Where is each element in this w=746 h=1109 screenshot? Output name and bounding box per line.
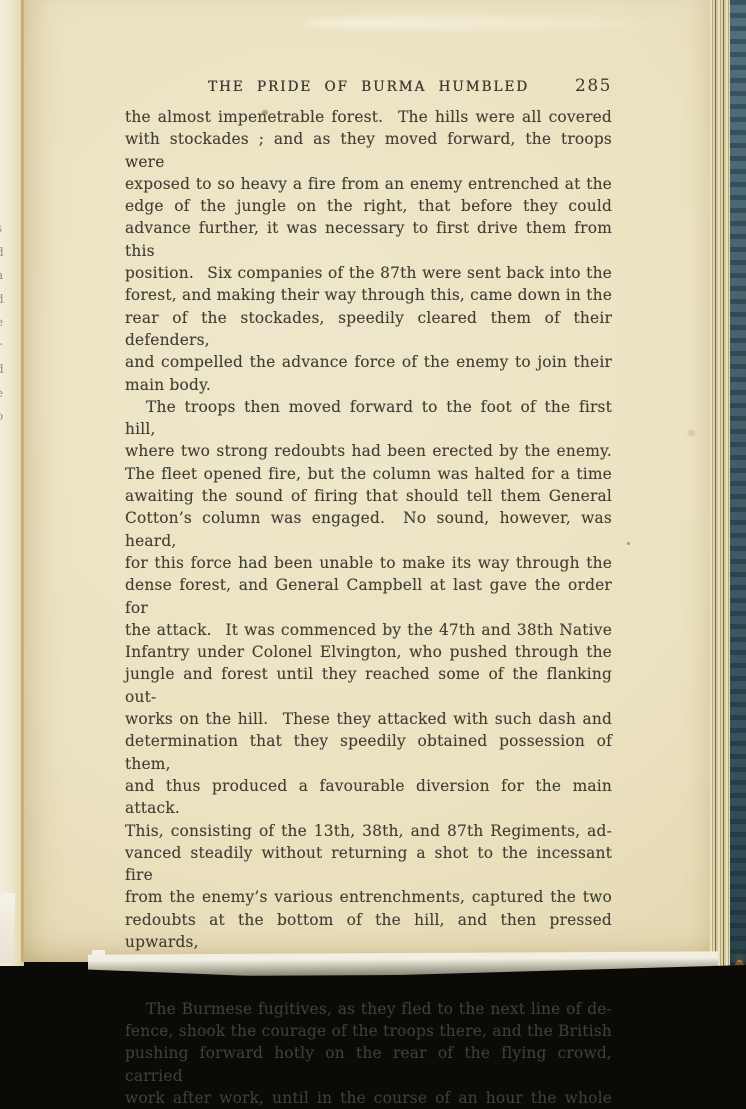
text-line: edge of the jungle on the right, that be… (125, 195, 612, 217)
gutter-fragment: a (0, 269, 7, 281)
text-line: with stockades ; and as they moved forwa… (125, 128, 612, 173)
gutter-fragment: d (0, 363, 7, 375)
text-line: awaiting the sound of firing that should… (125, 485, 612, 507)
running-header: THE PRIDE OF BURMA HUMBLED (208, 79, 529, 95)
text-line: This, consisting of the 13th, 38th, and … (125, 820, 612, 842)
text-line: rear of the stockades, speedily cleared … (125, 307, 612, 352)
text-line: main body. (125, 374, 612, 396)
text-line: vanced steadily without returning a shot… (125, 842, 612, 887)
ink-speck (262, 110, 268, 115)
paragraph: the almost impenetrable forest. The hill… (125, 106, 612, 396)
text-line: the almost impenetrable forest. The hill… (125, 106, 612, 128)
text-line: forest, and making their way through thi… (125, 284, 612, 306)
paper-stain (688, 430, 695, 436)
gutter-fragment: o (0, 410, 7, 422)
paragraph: The troops then moved forward to the foo… (125, 396, 612, 998)
gutter-fragment: e (0, 316, 7, 328)
ink-speck (627, 542, 630, 545)
book-page: THE PRIDE OF BURMA HUMBLED 285 the almos… (24, 0, 712, 962)
text-line: works on the hill. These they attacked w… (125, 708, 612, 730)
gutter-fragment: r (0, 340, 7, 352)
text-line: The troops then moved forward to the foo… (125, 396, 612, 441)
text-line: Cotton’s column was engaged. No sound, h… (125, 507, 612, 552)
text-line: the attack. It was commenced by the 47th… (125, 619, 612, 641)
text-line: and thus produced a favourable diversion… (125, 775, 612, 820)
text-line: Infantry under Colonel Elvington, who pu… (125, 641, 612, 663)
book-scan: sdaderdeoli THE PRIDE OF BURMA HUMBLED 2… (0, 0, 746, 1000)
text-line: for this force had been unable to make i… (125, 552, 612, 574)
text-line: The fleet opened fire, but the column wa… (125, 463, 612, 485)
text-line: exposed to so heavy a fire from an enemy… (125, 173, 612, 195)
gutter-fragment: e (0, 387, 7, 399)
text-line: redoubts at the bottom of the hill, and … (125, 909, 612, 954)
text-line: dense forest, and General Campbell at la… (125, 574, 612, 619)
page-header: THE PRIDE OF BURMA HUMBLED 285 (125, 76, 612, 98)
book-cover-edge (730, 0, 746, 1000)
gutter-fragment: d (0, 293, 7, 305)
text-line: from the enemy’s various entrenchments, … (125, 886, 612, 908)
text-line: and compelled the advance force of the e… (125, 351, 612, 373)
text-line: determination that they speedily obtaine… (125, 730, 612, 775)
gutter-fragment: d (0, 246, 7, 258)
gutter-fragment: i (0, 457, 7, 469)
body-text: the almost impenetrable forest. The hill… (125, 106, 612, 1000)
gutter-fragment: l (0, 434, 7, 446)
text-line: where two strong redoubts had been erect… (125, 440, 612, 462)
bottom-left-paper (0, 893, 15, 963)
page-edge-stripes (710, 0, 732, 968)
page-number: 285 (575, 76, 612, 96)
text-line: jungle and forest until they reached som… (125, 663, 612, 708)
text-line: position. Six companies of the 87th were… (125, 262, 612, 284)
gutter-fragment: s (0, 222, 7, 234)
text-line: advance further, it was necessary to fir… (125, 217, 612, 262)
text-column: THE PRIDE OF BURMA HUMBLED 285 the almos… (125, 0, 612, 962)
